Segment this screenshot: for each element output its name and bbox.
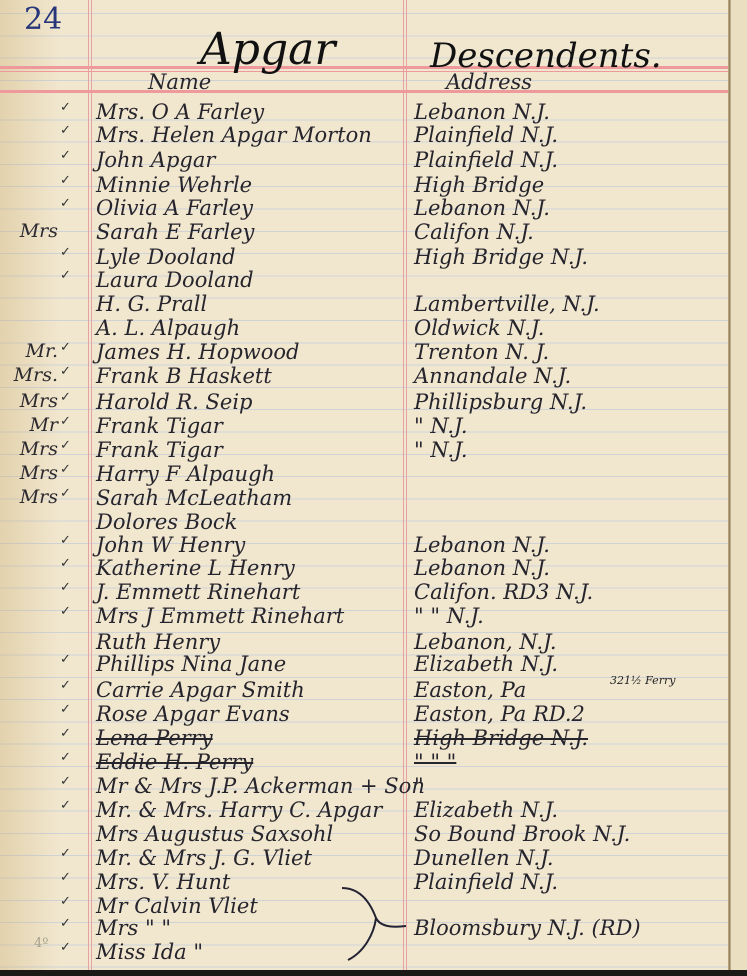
ledger-entry: MrsSarah E FarleyCalifon N.J. (0, 220, 730, 244)
ledger-entry: ✓Katherine L HenryLebanon N.J. (0, 556, 730, 580)
checkmark-icon: ✓ (60, 556, 74, 571)
ledger-entry: Mrs✓Frank Tigar" N.J. (0, 438, 730, 462)
ledger-page: 24 Apgar Descendents. Name Address ✓Mrs.… (0, 0, 747, 976)
entry-name: Mrs. Helen Apgar Morton (96, 123, 406, 147)
entry-name: Dolores Bock (96, 510, 406, 534)
checkmark-icon: ✓ (60, 604, 74, 619)
entry-address: High Bridge N.J. (414, 726, 724, 750)
bottom-edge (0, 970, 747, 976)
entry-address: Elizabeth N.J. (414, 798, 724, 822)
entry-name: J. Emmett Rinehart (96, 580, 406, 604)
entry-name: Mr & Mrs J.P. Ackerman + Son (96, 774, 406, 798)
entry-address: Lebanon N.J. (414, 196, 724, 220)
ledger-entry: ✓Rose Apgar EvansEaston, Pa RD.2 (0, 702, 730, 726)
ledger-entry: ✓Carrie Apgar SmithEaston, Pa321½ Ferry (0, 678, 730, 702)
entry-name: Mrs Augustus Saxsohl (96, 822, 406, 846)
entry-name: Minnie Wehrle (96, 173, 406, 197)
entry-name: Ruth Henry (96, 630, 406, 654)
checkmark-icon: ✓ (60, 364, 74, 379)
ledger-entry: Mrs✓Harold R. SeipPhillipsburg N.J. (0, 390, 730, 414)
checkmark-icon: ✓ (60, 846, 74, 861)
bracket-mark (340, 882, 410, 962)
title-surname: Apgar (200, 24, 335, 75)
checkmark-icon: ✓ (60, 100, 74, 115)
checkmark-icon: ✓ (60, 196, 74, 211)
entry-address: Trenton N. J. (414, 340, 724, 364)
ledger-entry: ✓Mrs J Emmett Rinehart" " N.J. (0, 604, 730, 628)
checkmark-icon: ✓ (60, 798, 74, 813)
entry-name: Phillips Nina Jane (96, 652, 406, 676)
entry-prefix: Mrs (2, 390, 58, 412)
ledger-entry: A. L. AlpaughOldwick N.J. (0, 316, 730, 340)
checkmark-icon: ✓ (60, 774, 74, 789)
entry-prefix: Mr. (2, 340, 58, 362)
entry-address: " N.J. (414, 414, 724, 438)
entry-name: Frank Tigar (96, 414, 406, 438)
entry-address: " " N.J. (414, 604, 724, 628)
entry-address: High Bridge (414, 173, 724, 197)
ledger-entry: ✓Eddie H. Perry" " " (0, 750, 730, 774)
checkmark-icon: ✓ (60, 894, 74, 909)
ledger-entry: Mrs✓Sarah McLeatham (0, 486, 730, 510)
entry-name: Olivia A Farley (96, 196, 406, 220)
checkmark-icon: ✓ (60, 652, 74, 667)
checkmark-icon: ✓ (60, 268, 74, 283)
ledger-entry: Mrs✓Harry F Alpaugh (0, 462, 730, 486)
checkmark-icon: ✓ (60, 940, 74, 955)
entry-prefix: Mrs (2, 220, 58, 242)
entry-name: John W Henry (96, 533, 406, 557)
ledger-entry: ✓Lyle DoolandHigh Bridge N.J. (0, 245, 730, 269)
ledger-entry: Ruth HenryLebanon, N.J. (0, 630, 730, 654)
address-note: 321½ Ferry (610, 674, 675, 687)
ledger-entry: ✓Mr. & Mrs. Harry C. ApgarElizabeth N.J. (0, 798, 730, 822)
facing-page-edge (731, 0, 747, 970)
checkmark-icon: ✓ (60, 173, 74, 188)
entry-address: Easton, Pa (414, 678, 724, 702)
checkmark-icon: ✓ (60, 750, 74, 765)
entry-address: Lebanon N.J. (414, 556, 724, 580)
entry-address: Plainfield N.J. (414, 870, 724, 894)
entry-address: Califon N.J. (414, 220, 724, 244)
entry-name: Lena Perry (96, 726, 406, 750)
entry-name: Rose Apgar Evans (96, 702, 406, 726)
entry-prefix: Mrs (2, 486, 58, 508)
entry-address: " (414, 774, 724, 798)
ledger-entry: ✓Mr. & Mrs J. G. VlietDunellen N.J. (0, 846, 730, 870)
entry-name: Harold R. Seip (96, 390, 406, 414)
entry-address: Lambertville, N.J. (414, 292, 724, 316)
column-header-name: Name (148, 70, 458, 94)
checkmark-icon: ✓ (60, 340, 74, 355)
entry-prefix: Mr (2, 414, 58, 436)
entry-name: Sarah McLeatham (96, 486, 406, 510)
entry-name: Frank B Haskett (96, 364, 406, 388)
entry-name: Carrie Apgar Smith (96, 678, 406, 702)
entry-name: Eddie H. Perry (96, 750, 406, 774)
entry-address: Plainfield N.J. (414, 148, 724, 172)
entry-address: Dunellen N.J. (414, 846, 724, 870)
margin-note: 4º (34, 936, 48, 951)
ledger-entry: ✓Olivia A FarleyLebanon N.J. (0, 196, 730, 220)
ledger-entry: H. G. PrallLambertville, N.J. (0, 292, 730, 316)
entry-address: Plainfield N.J. (414, 123, 724, 147)
ledger-entry: Mrs Augustus SaxsohlSo Bound Brook N.J. (0, 822, 730, 846)
entry-name: Katherine L Henry (96, 556, 406, 580)
entry-address: So Bound Brook N.J. (414, 822, 724, 846)
ledger-entry: ✓Lena PerryHigh Bridge N.J. (0, 726, 730, 750)
ledger-entry: ✓Mrs. Helen Apgar MortonPlainfield N.J. (0, 123, 730, 147)
checkmark-icon: ✓ (60, 580, 74, 595)
entry-address: Elizabeth N.J. (414, 652, 724, 676)
checkmark-icon: ✓ (60, 438, 74, 453)
entry-name: Harry F Alpaugh (96, 462, 406, 486)
ledger-entry: ✓Phillips Nina JaneElizabeth N.J. (0, 652, 730, 676)
entry-address: " " " (414, 750, 724, 774)
checkmark-icon: ✓ (60, 486, 74, 501)
entry-address: Califon. RD3 N.J. (414, 580, 724, 604)
ledger-entry: Mr✓Frank Tigar" N.J. (0, 414, 730, 438)
ledger-entry: ✓John W HenryLebanon N.J. (0, 533, 730, 557)
entry-address: Lebanon, N.J. (414, 630, 724, 654)
checkmark-icon: ✓ (60, 123, 74, 138)
checkmark-icon: ✓ (60, 462, 74, 477)
entry-address: Phillipsburg N.J. (414, 390, 724, 414)
entry-prefix: Mrs (2, 462, 58, 484)
page-number: 24 (24, 2, 62, 37)
checkmark-icon: ✓ (60, 245, 74, 260)
checkmark-icon: ✓ (60, 533, 74, 548)
entry-name: A. L. Alpaugh (96, 316, 406, 340)
entry-prefix: Mrs (2, 438, 58, 460)
checkmark-icon: ✓ (60, 916, 74, 931)
entry-address: " N.J. (414, 438, 724, 462)
ledger-entry: Dolores Bock (0, 510, 730, 534)
entry-name: Lyle Dooland (96, 245, 406, 269)
entry-address: High Bridge N.J. (414, 245, 724, 269)
entry-name: Sarah E Farley (96, 220, 406, 244)
entry-address: Annandale N.J. (414, 364, 724, 388)
entry-name: Laura Dooland (96, 268, 406, 292)
ledger-entry: Mr.✓James H. HopwoodTrenton N. J. (0, 340, 730, 364)
checkmark-icon: ✓ (60, 726, 74, 741)
ledger-entry: ✓John ApgarPlainfield N.J. (0, 148, 730, 172)
column-header-address: Address (446, 70, 747, 94)
entry-name: Mrs J Emmett Rinehart (96, 604, 406, 628)
ledger-entry: ✓Minnie WehrleHigh Bridge (0, 173, 730, 197)
checkmark-icon: ✓ (60, 148, 74, 163)
entry-name: Mr. & Mrs. Harry C. Apgar (96, 798, 406, 822)
entry-name: James H. Hopwood (96, 340, 406, 364)
entry-name: Frank Tigar (96, 438, 406, 462)
entry-name: Mr. & Mrs J. G. Vliet (96, 846, 406, 870)
entry-address: Oldwick N.J. (414, 316, 724, 340)
entry-address: Easton, Pa RD.2 (414, 702, 724, 726)
entry-prefix: Mrs. (2, 364, 58, 386)
checkmark-icon: ✓ (60, 390, 74, 405)
checkmark-icon: ✓ (60, 414, 74, 429)
checkmark-icon: ✓ (60, 678, 74, 693)
entry-name: Mrs. O A Farley (96, 100, 406, 124)
ledger-entry: ✓J. Emmett RinehartCalifon. RD3 N.J. (0, 580, 730, 604)
checkmark-icon: ✓ (60, 702, 74, 717)
ledger-entry: Mrs.✓Frank B HaskettAnnandale N.J. (0, 364, 730, 388)
ledger-entry: ✓Mr & Mrs J.P. Ackerman + Son" (0, 774, 730, 798)
entry-name: H. G. Prall (96, 292, 406, 316)
entry-name: John Apgar (96, 148, 406, 172)
entry-address: Bloomsbury N.J. (RD) (414, 916, 724, 940)
entry-address: Lebanon N.J. (414, 533, 724, 557)
ledger-entry: ✓Laura Dooland (0, 268, 730, 292)
checkmark-icon: ✓ (60, 870, 74, 885)
ledger-entry: ✓Mrs. O A FarleyLebanon N.J. (0, 100, 730, 124)
entry-address: Lebanon N.J. (414, 100, 724, 124)
